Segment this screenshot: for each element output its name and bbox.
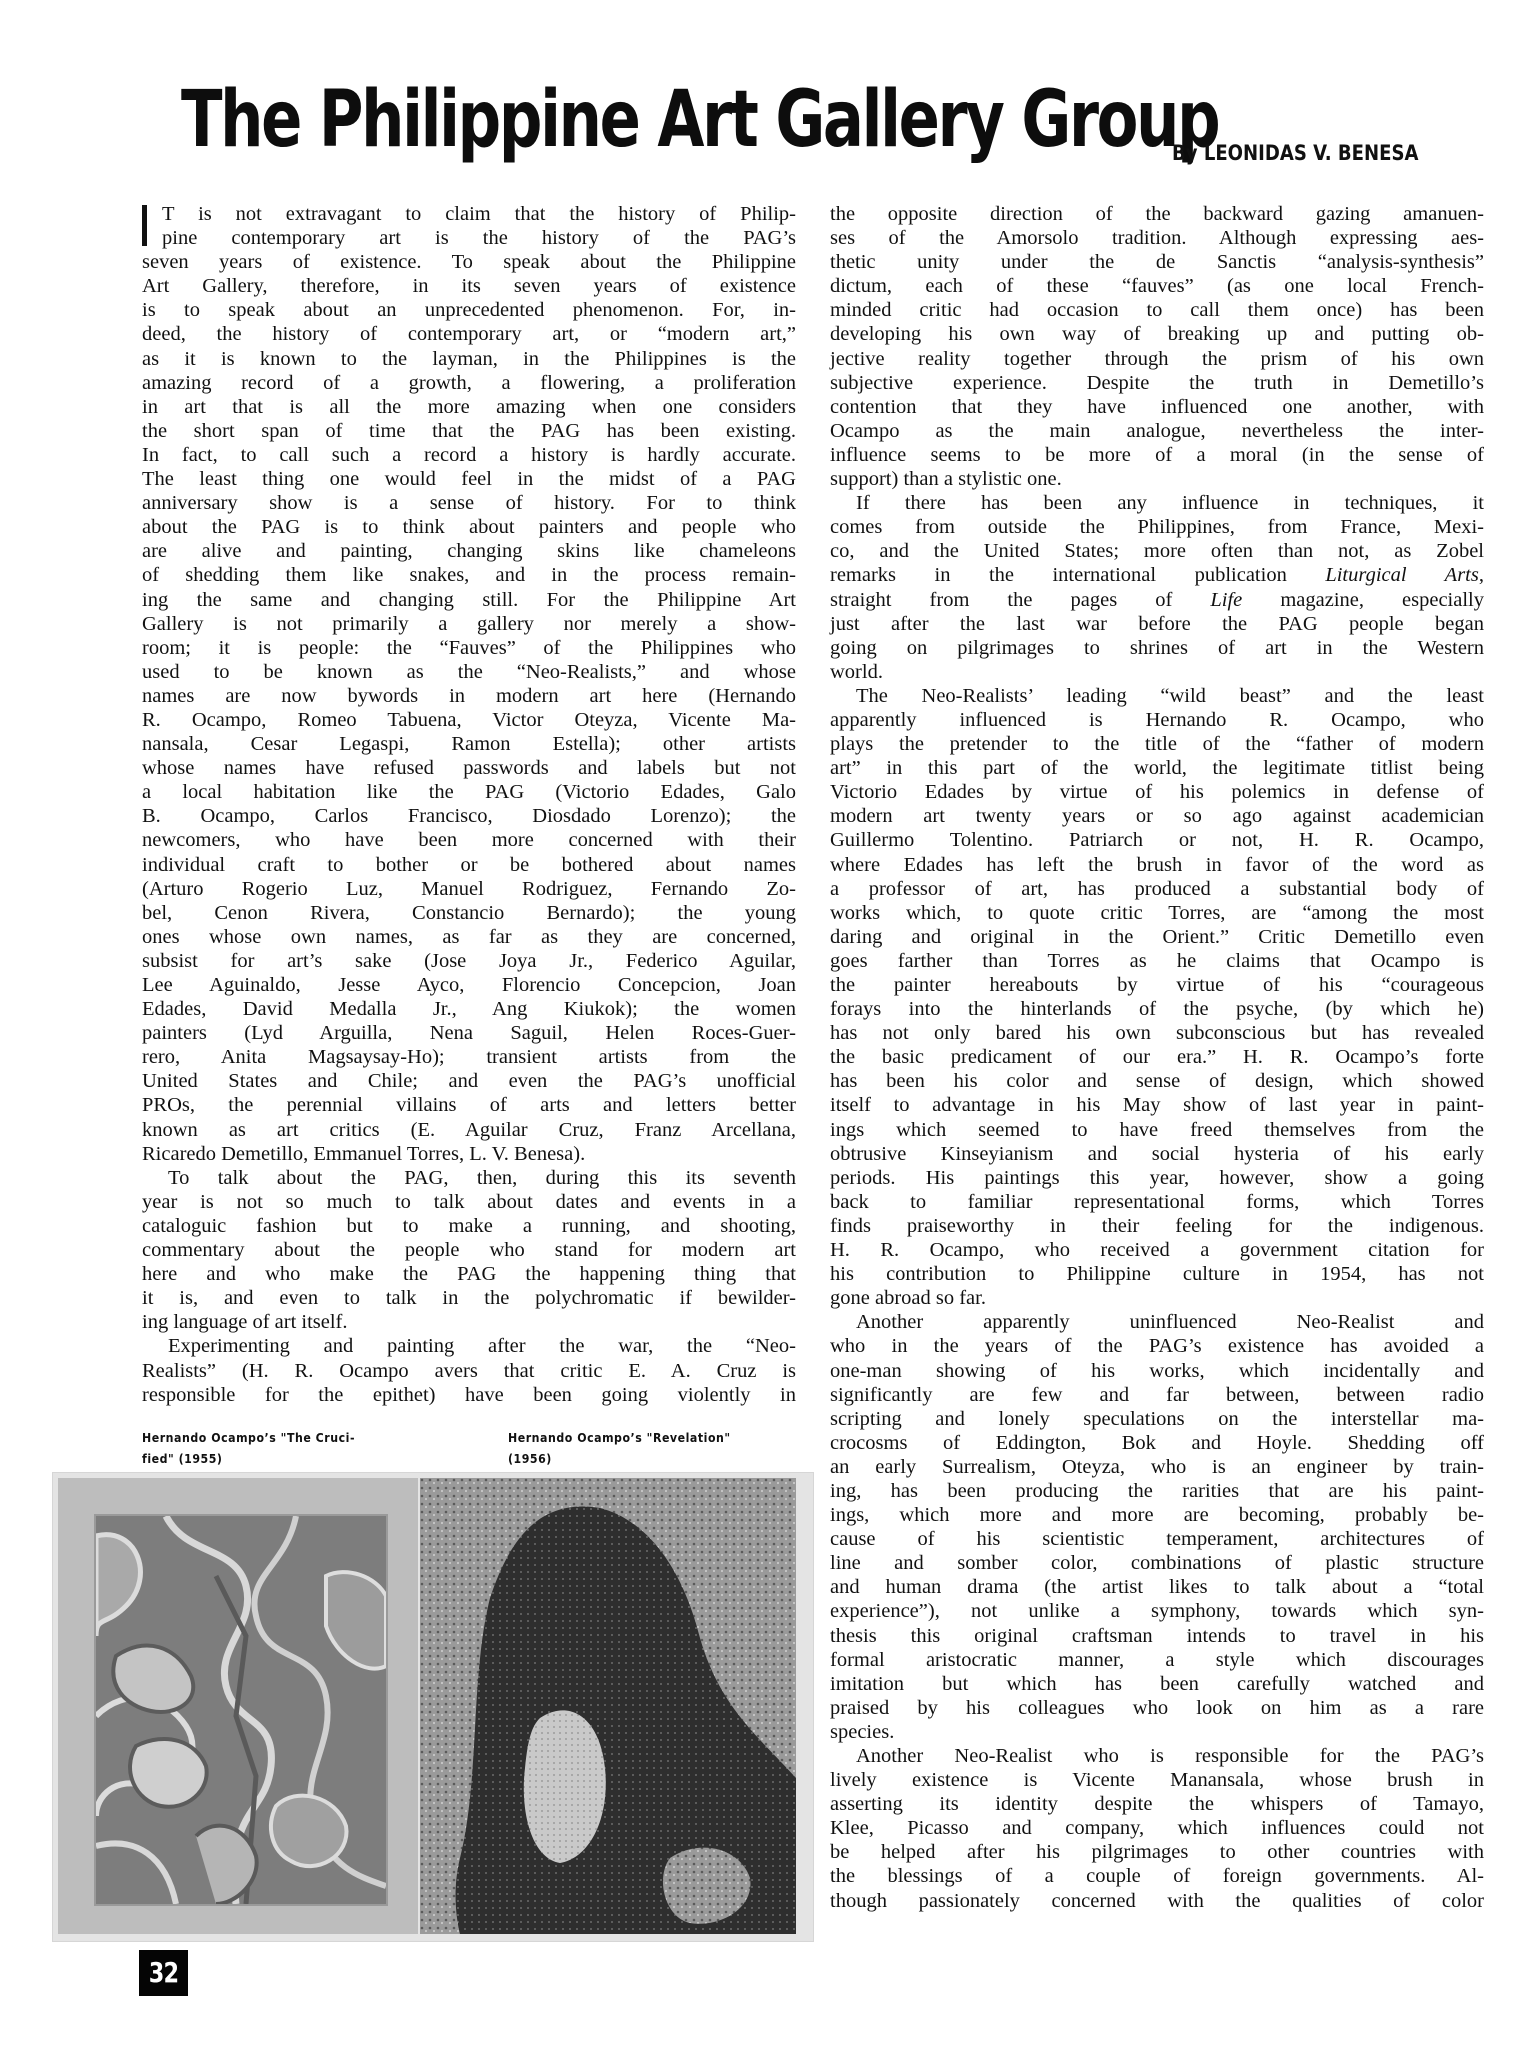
- right-column: the opposite direction of the backward g…: [830, 202, 1484, 1913]
- text-line: T is not extravagant to claim that the h…: [142, 202, 796, 226]
- text-line: who in the years of the PAG’s existence …: [830, 1334, 1484, 1358]
- text-line: ses of the Amorsolo tradition. Although …: [830, 226, 1484, 250]
- text-line: influence seems to be more of a moral (i…: [830, 443, 1484, 467]
- text-line: plays the pretender to the title of the …: [830, 732, 1484, 756]
- text-line: cause of his scientistic temperament, ar…: [830, 1527, 1484, 1551]
- text-line: significantly are few and far between, b…: [830, 1383, 1484, 1407]
- text-line: back to familiar representational forms,…: [830, 1190, 1484, 1214]
- text-line: Guillermo Tolentino. Patriarch or not, H…: [830, 828, 1484, 852]
- page-number: 32: [139, 1950, 188, 1996]
- text-line: comes from outside the Philippines, from…: [830, 515, 1484, 539]
- caption-crucified: Hernando Ocampo’s "The Cruci- fied" (195…: [142, 1427, 441, 1469]
- text-line: here and who make the PAG the happening …: [142, 1262, 796, 1286]
- text-line: In fact, to call such a record a history…: [142, 443, 796, 467]
- text-line: a professor of art, has produced a subst…: [830, 877, 1484, 901]
- text-line: Another Neo-Realist who is responsible f…: [830, 1744, 1484, 1768]
- caption-line: (1956): [508, 1448, 807, 1469]
- text-line: The Neo-Realists’ leading “wild beast” a…: [830, 684, 1484, 708]
- text-line: ing the same and changing still. For the…: [142, 588, 796, 612]
- text-line: asserting its identity despite the whisp…: [830, 1792, 1484, 1816]
- drop-cap-i: [142, 205, 147, 246]
- text-line: PROs, the perennial villains of arts and…: [142, 1093, 796, 1117]
- text-line: cataloguic fashion but to make a running…: [142, 1214, 796, 1238]
- text-line: bel, Cenon Rivera, Constancio Bernardo);…: [142, 901, 796, 925]
- text-line: support) than a stylistic one.: [830, 467, 1484, 491]
- text-line: ones whose own names, as far as they are…: [142, 925, 796, 949]
- text-line: one-man showing of his works, which inci…: [830, 1359, 1484, 1383]
- text-line: where Edades has left the brush in favor…: [830, 853, 1484, 877]
- text-line: world.: [830, 660, 1484, 684]
- text-line: apparently influenced is Hernando R. Oca…: [830, 708, 1484, 732]
- text-line: thetic unity under the de Sanctis “analy…: [830, 250, 1484, 274]
- paintings-photo: [52, 1472, 814, 1942]
- text-line: scripting and lonely speculations on the…: [830, 1407, 1484, 1431]
- text-line: the opposite direction of the backward g…: [830, 202, 1484, 226]
- text-line: crocosms of Eddington, Bok and Hoyle. Sh…: [830, 1431, 1484, 1455]
- page-number-text: 32: [149, 1950, 179, 1996]
- text-line: names are now bywords in modern art here…: [142, 684, 796, 708]
- left-column: T is not extravagant to claim that the h…: [142, 202, 796, 1407]
- text-line: of shedding them like snakes, and in the…: [142, 563, 796, 587]
- text-line: Lee Aguinaldo, Jesse Ayco, Florencio Con…: [142, 973, 796, 997]
- text-line: ings, which more and more are becoming, …: [830, 1503, 1484, 1527]
- text-line: Experimenting and painting after the war…: [142, 1334, 796, 1358]
- text-line: To talk about the PAG, then, during this…: [142, 1166, 796, 1190]
- text-line: be helped after his pilgrimages to other…: [830, 1840, 1484, 1864]
- text-line: goes farther than Torres as he claims th…: [830, 949, 1484, 973]
- text-line: United States and Chile; and even the PA…: [142, 1069, 796, 1093]
- text-line: are alive and painting, changing skins l…: [142, 539, 796, 563]
- text-line: co, and the United States; more often th…: [830, 539, 1484, 563]
- text-line: Ricaredo Demetillo, Emmanuel Torres, L. …: [142, 1142, 796, 1166]
- text-line: painters (Lyd Arguilla, Nena Saguil, Hel…: [142, 1021, 796, 1045]
- caption-line: Hernando Ocampo’s "Revelation": [508, 1427, 807, 1448]
- painting-frame: [94, 1514, 388, 1906]
- text-line: an early Surrealism, Oteyza, who is an e…: [830, 1455, 1484, 1479]
- text-line: commentary about the people who stand fo…: [142, 1238, 796, 1262]
- text-line: minded critic had occasion to call them …: [830, 298, 1484, 322]
- painting-revelation: [420, 1478, 796, 1934]
- text-line: Realists” (H. R. Ocampo avers that criti…: [142, 1359, 796, 1383]
- text-line: Another apparently uninfluenced Neo-Real…: [830, 1310, 1484, 1334]
- text-line: Victorio Edades by virtue of his polemic…: [830, 780, 1484, 804]
- text-line: responsible for the epithet) have been g…: [142, 1383, 796, 1407]
- text-line: anniversary show is a sense of history. …: [142, 491, 796, 515]
- text-line: jective reality together through the pri…: [830, 347, 1484, 371]
- text-line: ings which seemed to have freed themselv…: [830, 1118, 1484, 1142]
- text-line: Edades, David Medalla Jr., Ang Kiukok); …: [142, 997, 796, 1021]
- text-line: H. R. Ocampo, who received a government …: [830, 1238, 1484, 1262]
- text-line: Gallery is not primarily a gallery nor m…: [142, 612, 796, 636]
- text-line: experience”), not unlike a symphony, tow…: [830, 1599, 1484, 1623]
- text-line: lively existence is Vicente Manansala, w…: [830, 1768, 1484, 1792]
- text-line: art” in this part of the world, the legi…: [830, 756, 1484, 780]
- text-line: B. Ocampo, Carlos Francisco, Diosdado Lo…: [142, 804, 796, 828]
- text-line: dictum, each of these “fauves” (as one l…: [830, 274, 1484, 298]
- text-line: periods. His paintings this year, howeve…: [830, 1166, 1484, 1190]
- text-line: seven years of existence. To speak about…: [142, 250, 796, 274]
- text-line: ing language of art itself.: [142, 1310, 796, 1334]
- text-line: obtrusive Kinseyianism and social hyster…: [830, 1142, 1484, 1166]
- text-line: Klee, Picasso and company, which influen…: [830, 1816, 1484, 1840]
- text-line: species.: [830, 1720, 1484, 1744]
- text-line: a local habitation like the PAG (Victori…: [142, 780, 796, 804]
- text-line: forays into the hinterlands of the psych…: [830, 997, 1484, 1021]
- caption-line: Hernando Ocampo’s "The Cruci-: [142, 1427, 441, 1448]
- text-line: room; it is people: the “Fauves” of the …: [142, 636, 796, 660]
- right-column-text: the opposite direction of the backward g…: [830, 202, 1484, 1913]
- text-line: the painter hereabouts by virtue of his …: [830, 973, 1484, 997]
- text-line: used to be known as the “Neo-Realists,” …: [142, 660, 796, 684]
- text-line: as it is known to the layman, in the Phi…: [142, 347, 796, 371]
- text-line: the basic predicament of our era.” H. R.…: [830, 1045, 1484, 1069]
- left-column-text: T is not extravagant to claim that the h…: [142, 202, 796, 1407]
- text-line: is to speak about an unprecedented pheno…: [142, 298, 796, 322]
- text-line: praised by his colleagues who look on hi…: [830, 1696, 1484, 1720]
- text-line: and human drama (the artist likes to tal…: [830, 1575, 1484, 1599]
- text-line: subsist for art’s sake (Jose Joya Jr., F…: [142, 949, 796, 973]
- text-line: though passionately concerned with the q…: [830, 1889, 1484, 1913]
- text-line: modern art twenty years or so ago agains…: [830, 804, 1484, 828]
- text-line: finds praiseworthy in their feeling for …: [830, 1214, 1484, 1238]
- text-line: about the PAG is to think about painters…: [142, 515, 796, 539]
- text-line: itself to advantage in his May show of l…: [830, 1093, 1484, 1117]
- text-line: the blessings of a couple of foreign gov…: [830, 1864, 1484, 1888]
- text-line: Ocampo as the main analogue, nevertheles…: [830, 419, 1484, 443]
- text-line: developing his own way of breaking up an…: [830, 322, 1484, 346]
- text-line: thesis this original craftsman intends t…: [830, 1624, 1484, 1648]
- text-line: known as art critics (E. Aguilar Cruz, F…: [142, 1118, 796, 1142]
- article-title: The Philippine Art Gallery Group: [181, 70, 914, 170]
- painting-the-crucified: [58, 1478, 418, 1934]
- text-line: amazing record of a growth, a flowering,…: [142, 371, 796, 395]
- text-line: gone abroad so far.: [830, 1286, 1484, 1310]
- text-line: daring and original in the Orient.” Crit…: [830, 925, 1484, 949]
- abstract-figure-icon: [420, 1478, 796, 1934]
- text-line: has been his color and sense of design, …: [830, 1069, 1484, 1093]
- text-line: R. Ocampo, Romeo Tabuena, Victor Oteyza,…: [142, 708, 796, 732]
- text-line: ing, has been producing the rarities tha…: [830, 1479, 1484, 1503]
- text-line: The least thing one would feel in the mi…: [142, 467, 796, 491]
- text-line: whose names have refused passwords and l…: [142, 756, 796, 780]
- article-byline: By LEONIDAS V. BENESA: [1172, 140, 1447, 166]
- text-line: formal aristocratic manner, a style whic…: [830, 1648, 1484, 1672]
- text-line: his contribution to Philippine culture i…: [830, 1262, 1484, 1286]
- text-line: it is, and even to talk in the polychrom…: [142, 1286, 796, 1310]
- text-line: works which, to quote critic Torres, are…: [830, 901, 1484, 925]
- text-line: just after the last war before the PAG p…: [830, 612, 1484, 636]
- text-line: nansala, Cesar Legaspi, Ramon Estella); …: [142, 732, 796, 756]
- text-line: Art Gallery, therefore, in its seven yea…: [142, 274, 796, 298]
- text-line: deed, the history of contemporary art, o…: [142, 322, 796, 346]
- text-line: pine contemporary art is the history of …: [142, 226, 796, 250]
- text-line: year is not so much to talk about dates …: [142, 1190, 796, 1214]
- text-line: subjective experience. Despite the truth…: [830, 371, 1484, 395]
- text-line: contention that they have influenced one…: [830, 395, 1484, 419]
- text-line: remarks in the international publication…: [830, 563, 1484, 587]
- caption-revelation: Hernando Ocampo’s "Revelation" (1956): [508, 1427, 807, 1469]
- text-line: the short span of time that the PAG has …: [142, 419, 796, 443]
- text-line: newcomers, who have been more concerned …: [142, 828, 796, 852]
- text-line: line and somber color, combinations of p…: [830, 1551, 1484, 1575]
- text-line: straight from the pages of Life magazine…: [830, 588, 1484, 612]
- abstract-pattern-icon: [96, 1516, 386, 1904]
- text-line: individual craft to bother or be bothere…: [142, 853, 796, 877]
- text-line: in art that is all the more amazing when…: [142, 395, 796, 419]
- text-line: imitation but which has been carefully w…: [830, 1672, 1484, 1696]
- caption-line: fied" (1955): [142, 1448, 441, 1469]
- text-line: If there has been any influence in techn…: [830, 491, 1484, 515]
- text-line: going on pilgrimages to shrines of art i…: [830, 636, 1484, 660]
- text-line: (Arturo Rogerio Luz, Manuel Rodriguez, F…: [142, 877, 796, 901]
- text-line: has not only bared his own subconscious …: [830, 1021, 1484, 1045]
- text-line: rero, Anita Magsaysay-Ho); transient art…: [142, 1045, 796, 1069]
